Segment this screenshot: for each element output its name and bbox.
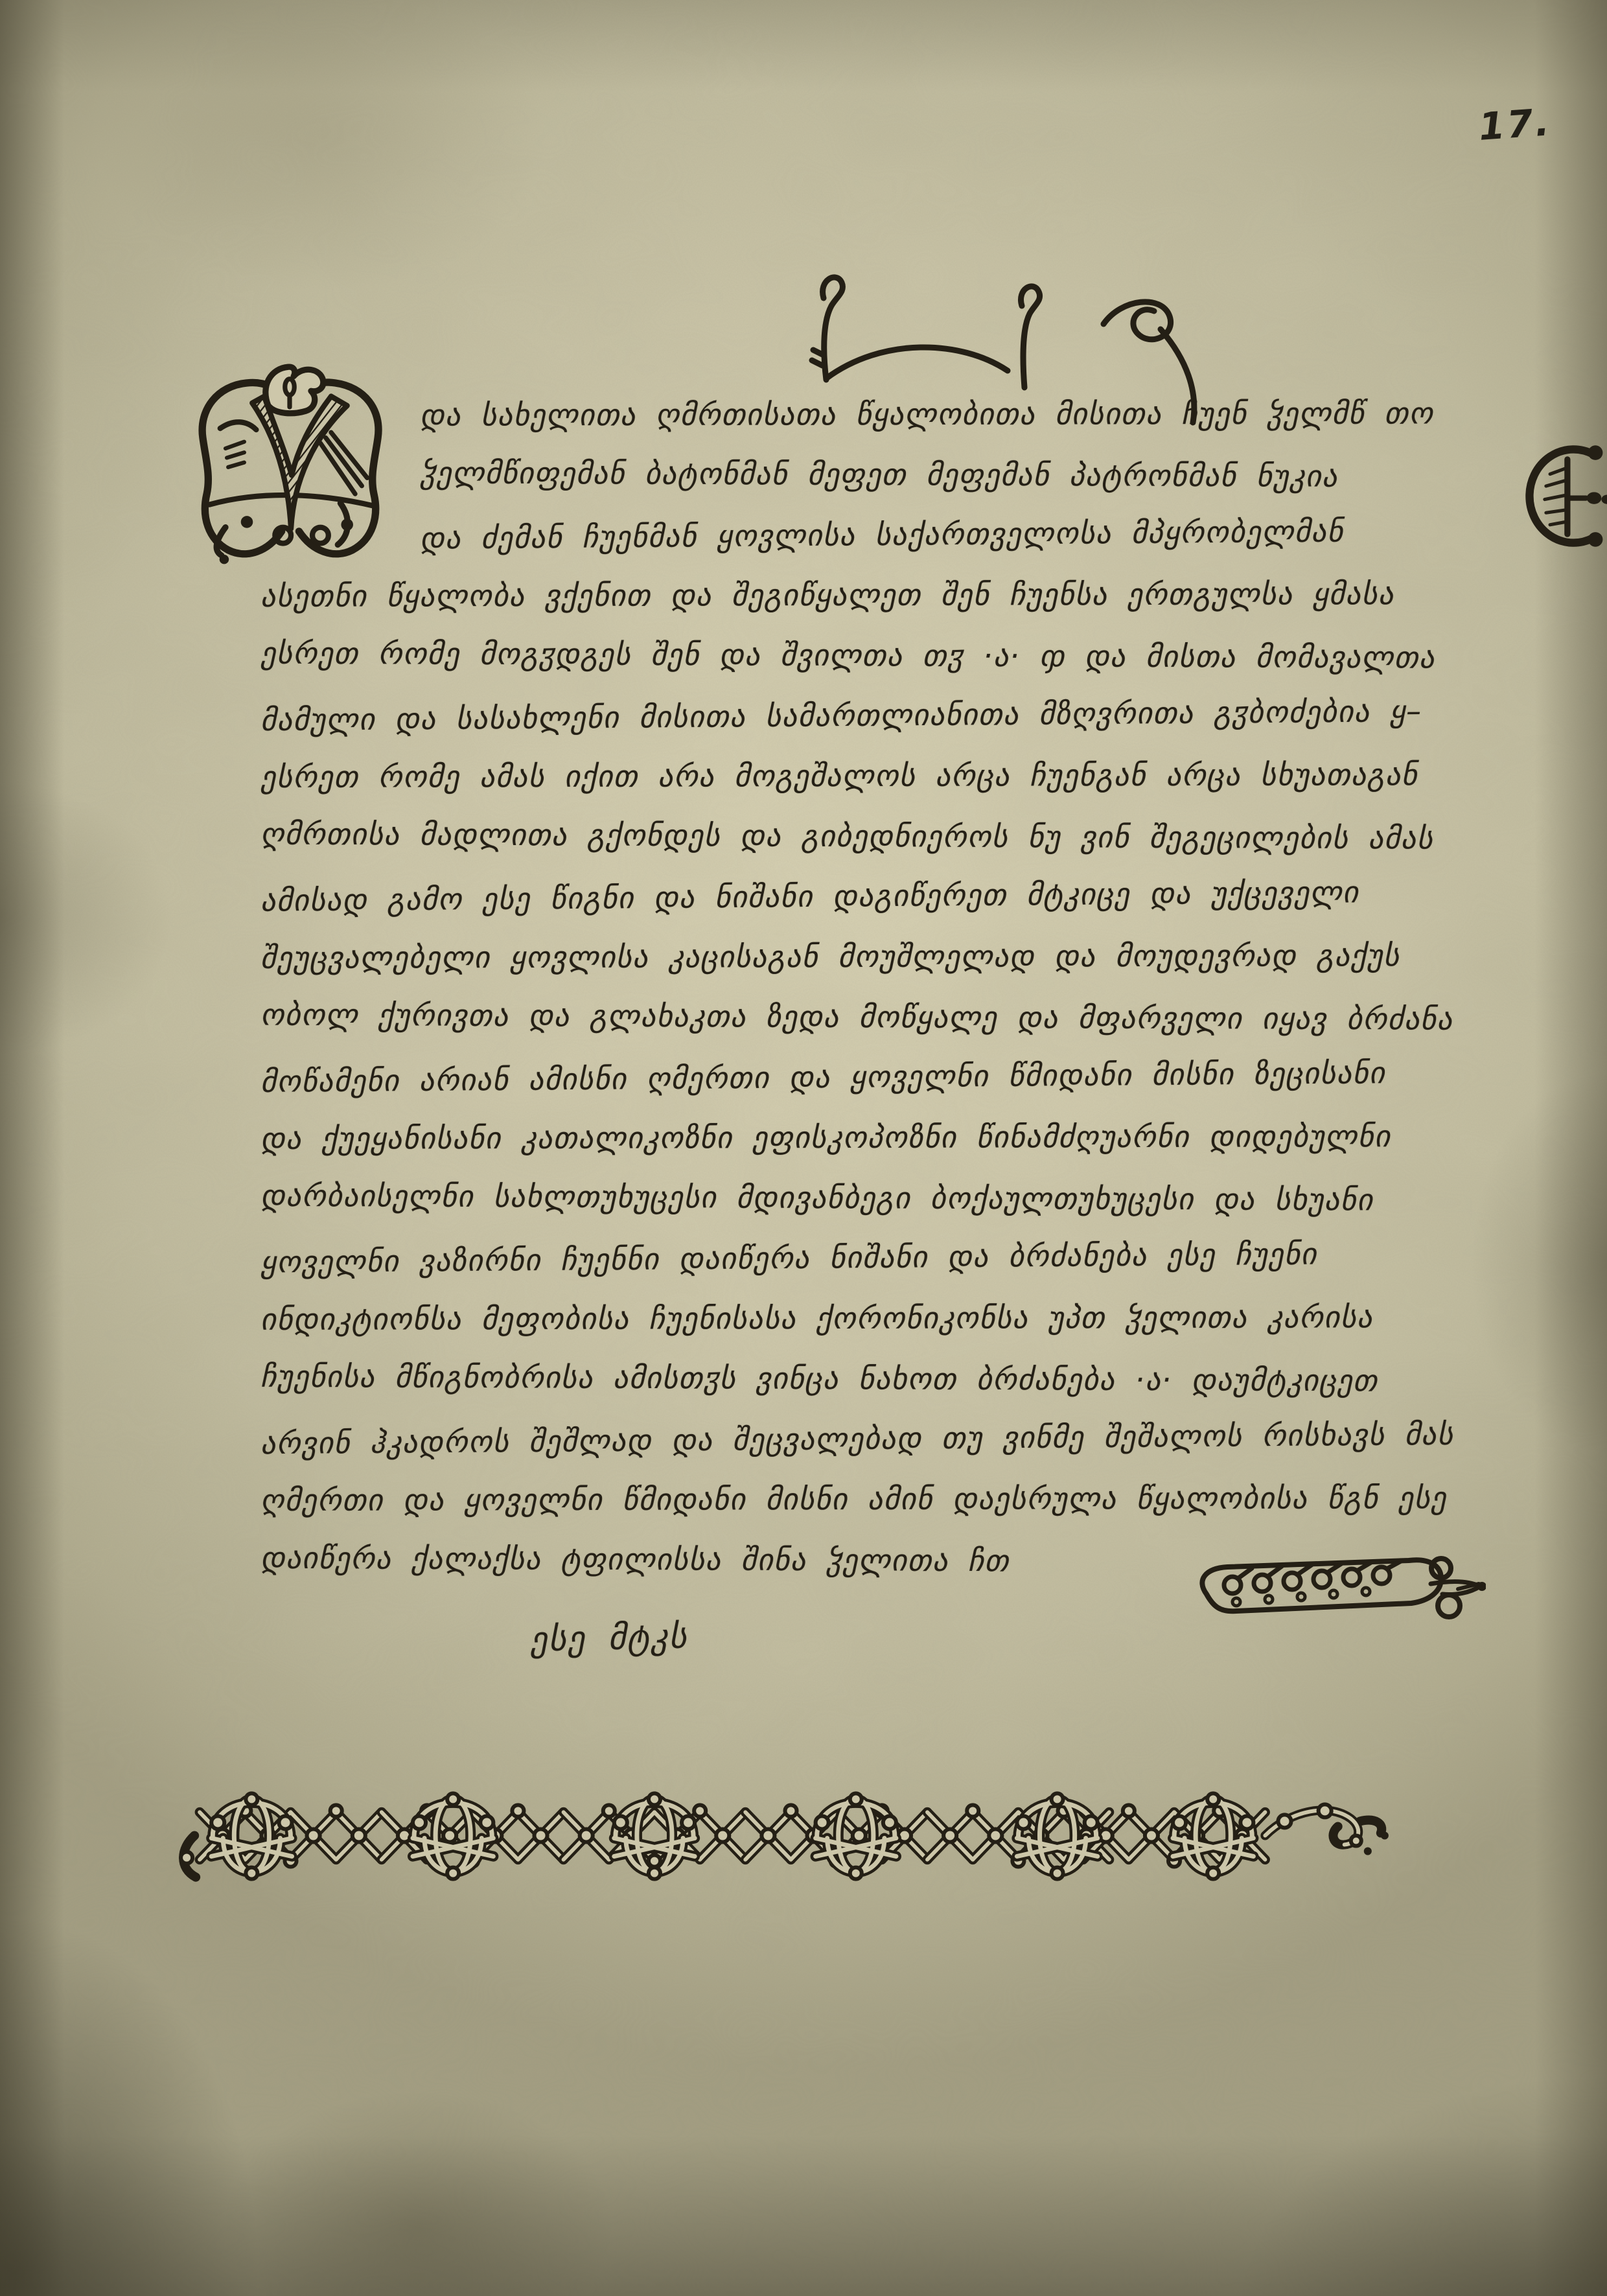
manuscript-line: მოწამენი არიან ამისნი ღმერთი და ყოველნი …	[260, 1055, 1386, 1099]
manuscript-line: ასეთნი წყალობა ვქენით და შეგიწყალეთ შენ …	[260, 576, 1394, 614]
manuscript-line: დაიწერა ქალაქსა ტფილისსა შინა ჴელითა ჩთ	[260, 1540, 1010, 1578]
signature-cartouche-icon	[1191, 1544, 1486, 1631]
manuscript-line: და ქუეყანისანი კათალიკოზნი ეფისკოპოზნი წ…	[260, 1119, 1391, 1156]
manuscript-line: და სახელითა ღმრთისათა წყალობითა მისითა ჩ…	[420, 395, 1433, 432]
knotwork-tailpiece-icon	[161, 1757, 1415, 1913]
manuscript-line: ესრეთ რომე ამას იქით არა მოგეშალოს არცა …	[260, 757, 1418, 794]
manuscript-line: არვინ ჰკადროს შეშლად და შეცვალებად თუ ვი…	[260, 1417, 1454, 1461]
manuscript-line: და ძემან ჩუენმან ყოვლისა საქართველოსა მპ…	[420, 513, 1344, 555]
manuscript-line: მამული და სასახლენი მისითა სამართლიანითა…	[260, 693, 1422, 737]
closing-word: ესე მტკს	[529, 1617, 688, 1659]
manuscript-line: შეუცვალებელი ყოვლისა კაცისაგან მოუშლელად…	[260, 938, 1400, 975]
manuscript-line: დარბაისელნი სახლთუხუცესი მდივანბეგი ბოქა…	[260, 1178, 1374, 1218]
manuscript-line: ყოველნი ვაზირნი ჩუენნი დაიწერა ნიშანი და…	[260, 1236, 1317, 1280]
manuscript-page: 17.	[0, 0, 1607, 2296]
manuscript-line: ამისად გამო ესე წიგნი და ნიშანი დაგიწერე…	[260, 874, 1359, 918]
manuscript-line: ჩუენისა მწიგნობრისა ამისთჳს ვინცა ნახოთ …	[260, 1359, 1378, 1398]
manuscript-line: ესრეთ რომე მოგჳდგეს შენ და შვილთა თჳ ·ა·…	[260, 636, 1435, 675]
manuscript-line: ობოლ ქურივთა და გლახაკთა ზედა მოწყალე და…	[260, 997, 1453, 1036]
manuscript-line: ღმრთისა მადლითა გქონდეს და გიბედნიეროს ნ…	[260, 817, 1433, 856]
manuscript-line: ღმერთი და ყოველნი წმიდანი მისნი ამინ დაე…	[260, 1480, 1447, 1518]
manuscript-text-block: და სახელითა ღმრთისათა წყალობითა მისითა ჩ…	[0, 0, 1607, 2296]
manuscript-line: ჴელმწიფემან ბატონმან მეფეთ მეფემან პატრო…	[420, 455, 1338, 493]
manuscript-line: ინდიკტიონსა მეფობისა ჩუენისასა ქორონიკონ…	[260, 1299, 1373, 1337]
